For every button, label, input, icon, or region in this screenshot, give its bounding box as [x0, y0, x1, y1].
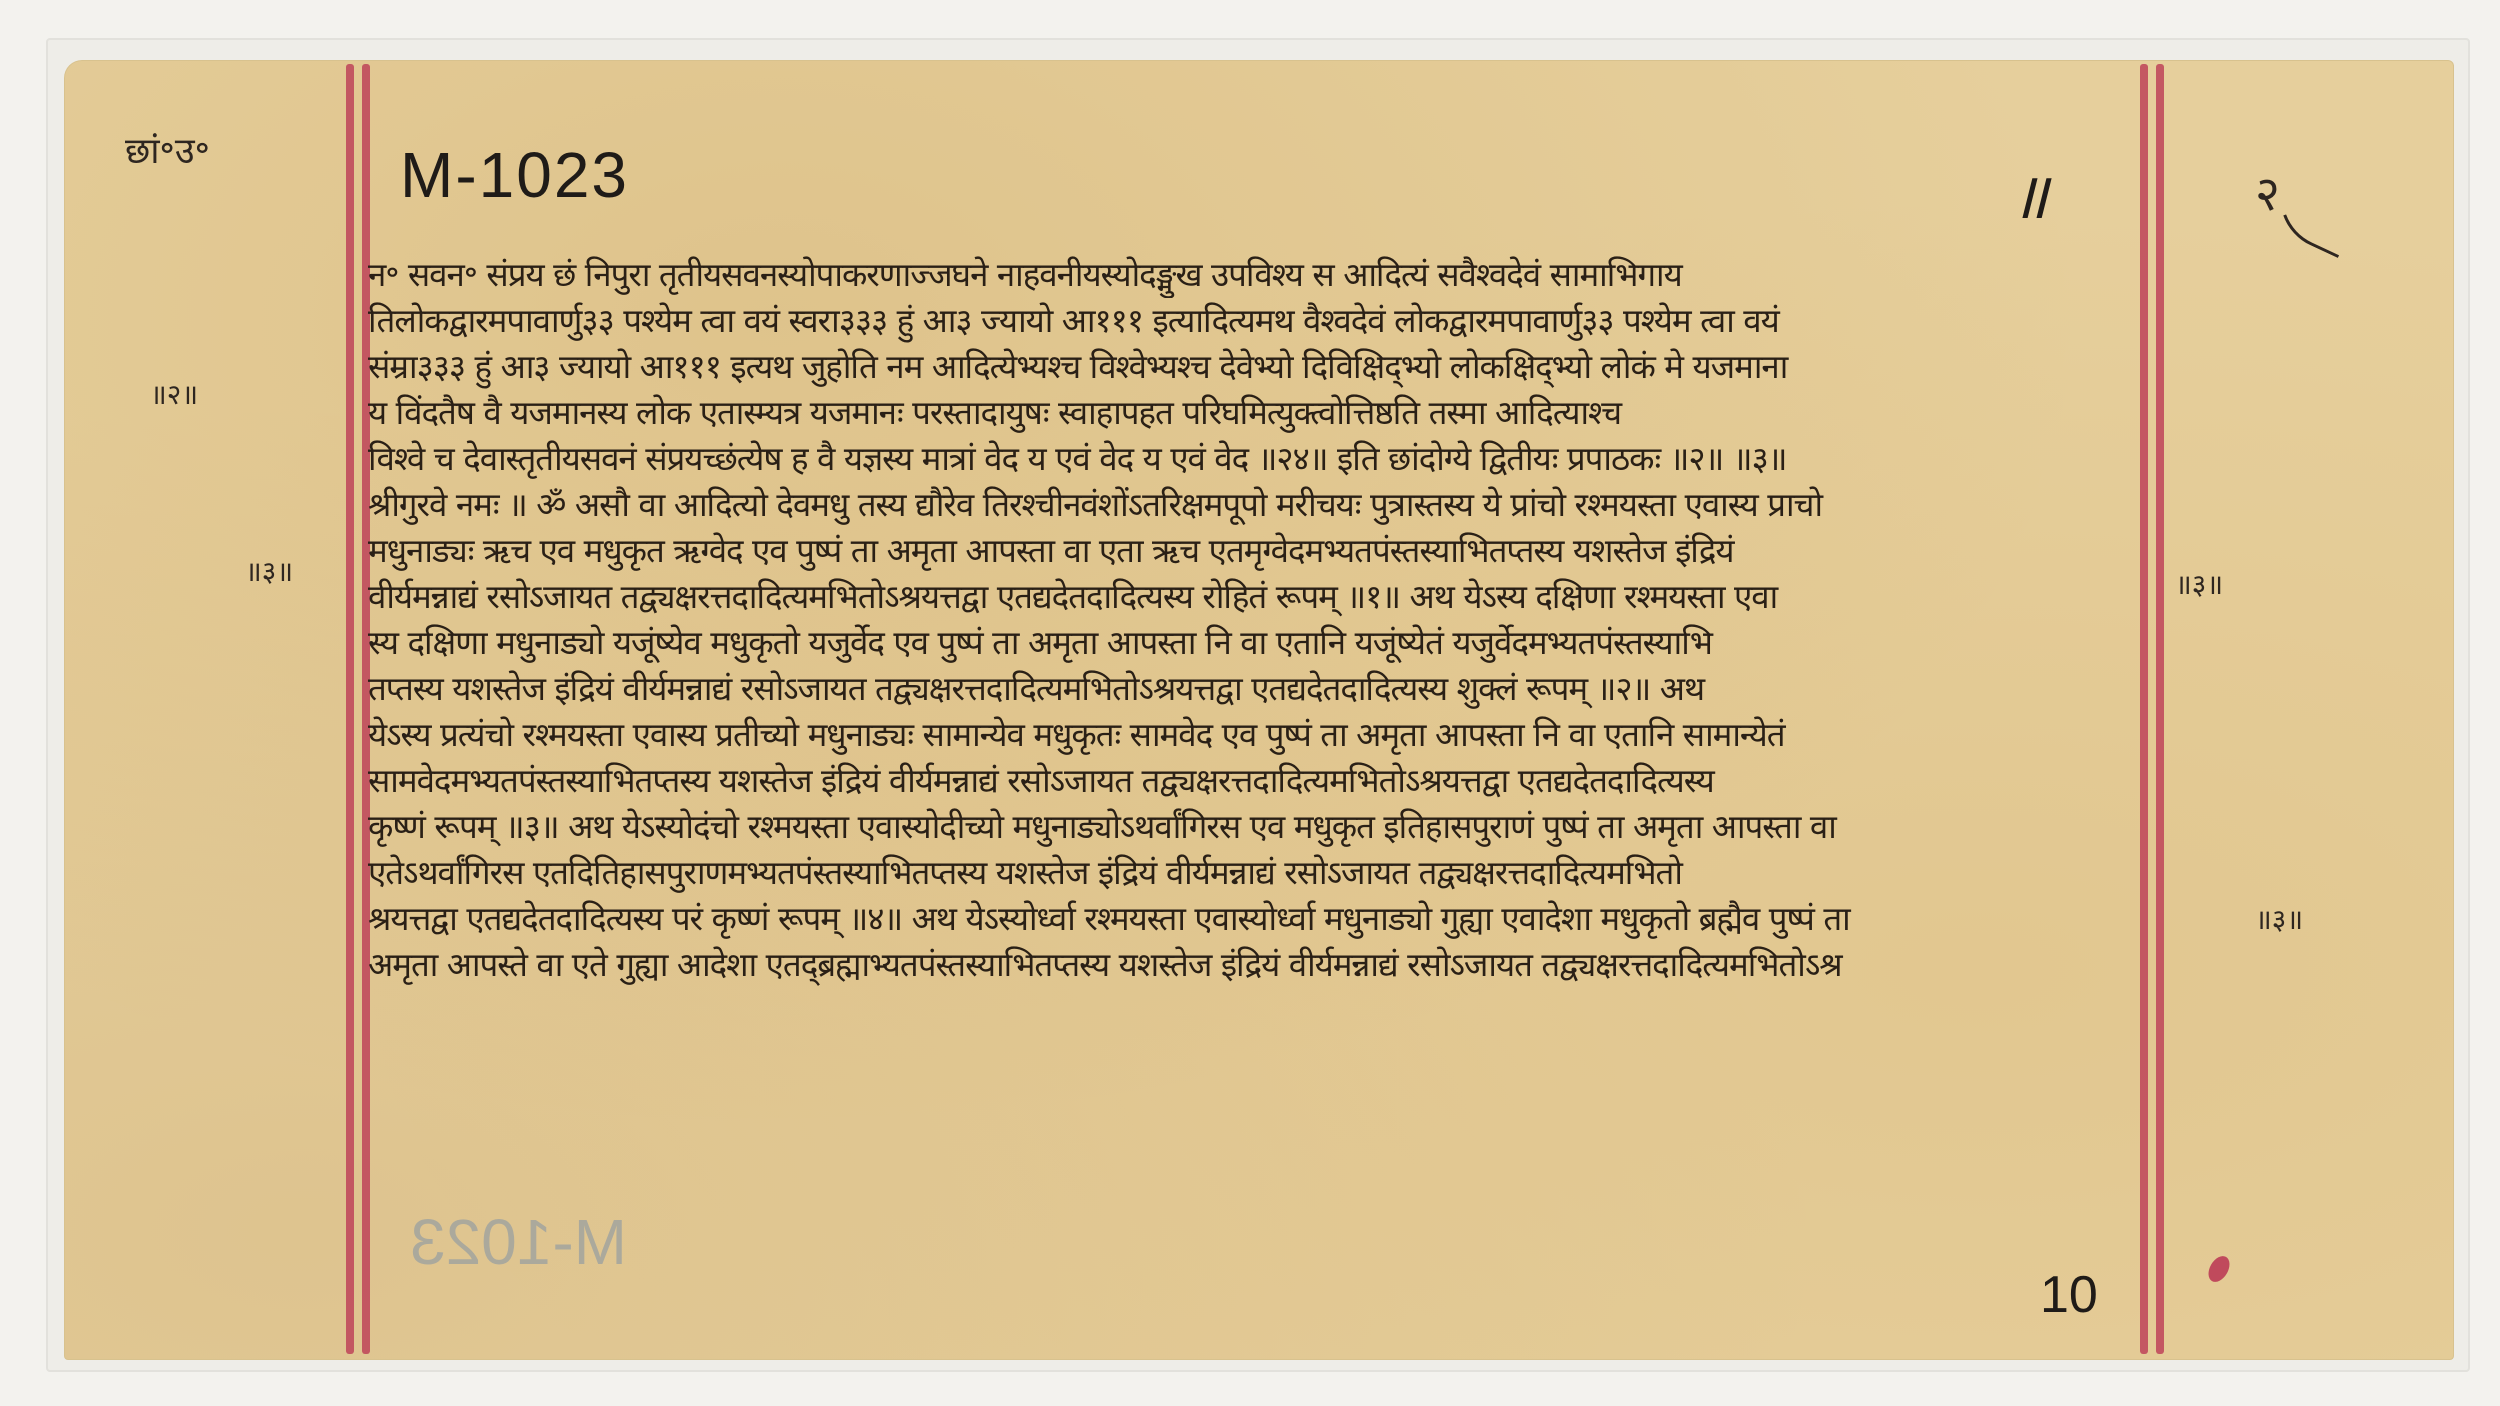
text-line: एतेऽथर्वांगिरस एतदितिहासपुराणमभ्यतपंस्तस…: [368, 850, 2158, 896]
mirrored-shelf-stamp: M-1023: [410, 1205, 627, 1279]
right-margin-note-2: ॥३॥: [2255, 900, 2303, 938]
text-line: स्य दक्षिणा मधुनाड्यो यजूंष्येव मधुकृतो …: [368, 620, 2158, 666]
text-line: न॰ सवन॰ संप्रय छं निपुरा तृतीयसवनस्योपाक…: [368, 252, 2158, 298]
manuscript-text: न॰ सवन॰ संप्रय छं निपुरा तृतीयसवनस्योपाक…: [368, 252, 2158, 1182]
text-line: श्रीगुरवे नमः ॥ ॐ असौ वा आदित्यो देवमधु …: [368, 482, 2158, 528]
left-margin-note-1: ॥२॥: [150, 375, 198, 413]
text-line: वीर्यमन्नाद्यं रसोऽजायत तद्व्यक्षरत्तदाद…: [368, 574, 2158, 620]
left-margin-note-2: ॥३॥: [245, 552, 293, 590]
text-line: मधुनाड्यः ऋच एव मधुकृत ऋग्वेद एव पुष्पं …: [368, 528, 2158, 574]
text-line: येऽस्य प्रत्यंचो रश्मयस्ता एवास्य प्रतीच…: [368, 712, 2158, 758]
text-line: तिलोकद्वारमपावार्णु३३ पश्येम त्वा वयं स्…: [368, 298, 2158, 344]
left-margin-rule-outer: [346, 64, 354, 1354]
text-line: श्रयत्तद्वा एतद्यदेतदादित्यस्य परं कृष्ण…: [368, 896, 2158, 942]
pencil-page-number: 10: [2040, 1265, 2098, 1325]
text-line: सामवेदमभ्यतपंस्तस्याभितप्तस्य यशस्तेज इं…: [368, 758, 2158, 804]
shelf-mark: M-1023: [400, 138, 629, 212]
text-line: कृष्णं रूपम् ॥३॥ अथ येऽस्योदंचो रश्मयस्त…: [368, 804, 2158, 850]
right-margin-note-1: ॥३॥: [2175, 565, 2223, 603]
folio-number: २: [2255, 160, 2280, 225]
text-line: संम्रा३३३ हुं आ३ ज्यायो आ१११ इत्यथ जुहोत…: [368, 344, 2158, 390]
text-line: विश्वे च देवास्तृतीयसवनं संप्रयच्छंत्येष…: [368, 436, 2158, 482]
text-line: तप्तस्य यशस्तेज इंद्रियं वीर्यमन्नाद्यं …: [368, 666, 2158, 712]
text-line: अमृता आपस्ते वा एते गुह्या आदेशा एतद्ब्र…: [368, 942, 2158, 988]
text-line: य विंदतैष वै यजमानस्य लोक एतास्म्यत्र यज…: [368, 390, 2158, 436]
top-dandas: ॥: [2010, 150, 2048, 237]
left-margin-title: छां॰उ॰: [125, 125, 210, 174]
